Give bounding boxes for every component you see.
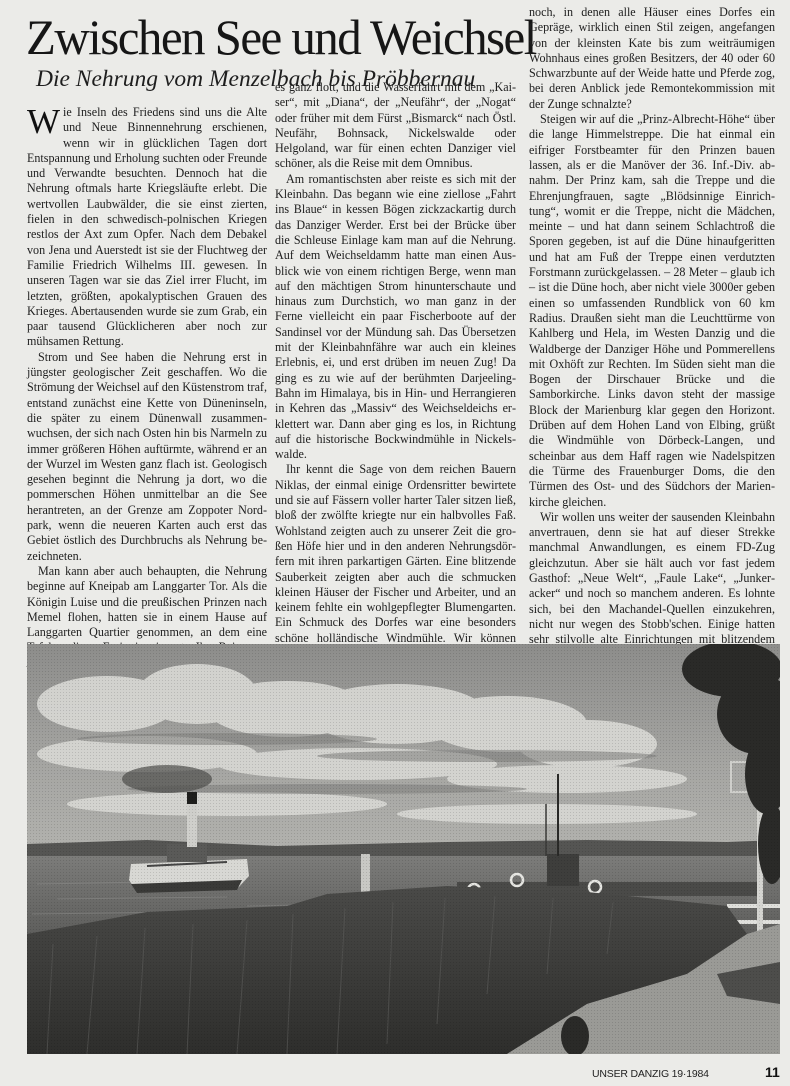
article-title: Zwischen See und Weichsel — [26, 10, 516, 64]
paragraph: Wir wollen uns weiter der sausenden Klei… — [529, 510, 775, 663]
paragraph: Steigen wir auf die „Prinz-Albrecht-Höhe… — [529, 112, 775, 510]
drop-cap: W — [27, 108, 60, 136]
text-column-3: noch, in denen alle Häuser eines Dorfes … — [529, 5, 775, 755]
text-column-2: es ganz flott, und die Wasserfahrt mit d… — [275, 80, 516, 722]
paragraph: Wie Inseln des Friedens sind uns die Alt… — [27, 105, 267, 350]
publication-footer: UNSER DANZIG 19·1984 — [592, 1068, 709, 1080]
paragraph: Am romantischsten aber reiste es sich mi… — [275, 172, 516, 463]
paragraph: Strom und See haben die Nehrung erst in … — [27, 350, 267, 564]
page-number: 11 — [765, 1064, 780, 1080]
paragraph: noch, in denen alle Häuser eines Dorfes … — [529, 5, 775, 112]
paragraph: es ganz flott, und die Wasserfahrt mit d… — [275, 80, 516, 172]
magazine-page: Zwischen See und Weichsel Die Nehrung vo… — [0, 0, 790, 1086]
photo-illustration — [27, 644, 780, 1054]
photo-steamer-landing — [27, 644, 780, 1054]
